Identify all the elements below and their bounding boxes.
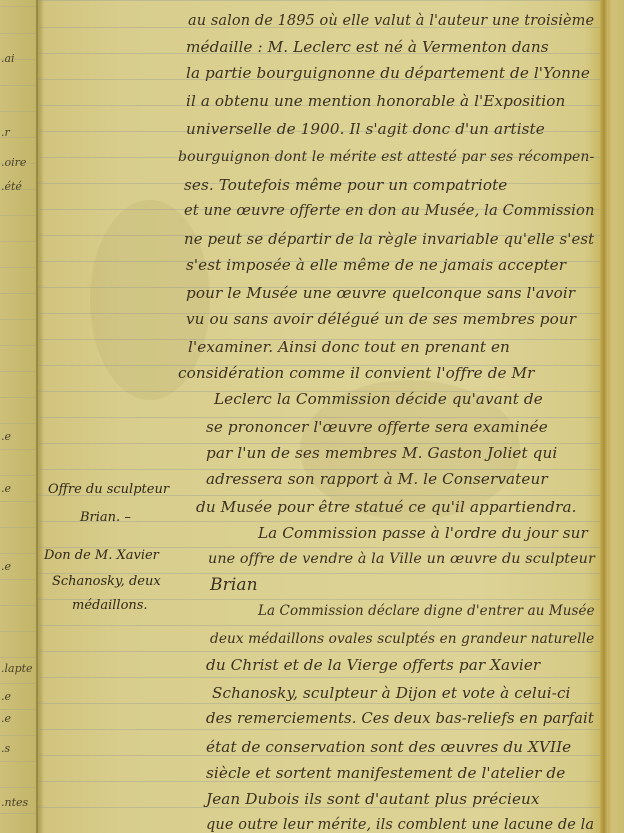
- body-line: ses. Toutefois même pour un compatriote: [184, 172, 507, 198]
- body-line: adressera son rapport à M. le Conservate…: [206, 466, 548, 492]
- body-line: ne peut se départir de la règle invariab…: [184, 226, 594, 252]
- body-line: et une œuvre offerte en don au Musée, la…: [184, 198, 595, 224]
- margin-note-line: Brian. –: [80, 508, 131, 528]
- left-fragment: ...lapte: [0, 662, 33, 675]
- body-line: des remerciements. Ces deux bas-reliefs …: [206, 706, 594, 732]
- body-line: La Commission déclare digne d'entrer au …: [258, 598, 595, 624]
- left-fragment: ...e: [0, 712, 11, 725]
- margin-note-line: Don de M. Xavier: [44, 546, 159, 566]
- body-line: médaille : M. Leclerc est né à Vermenton…: [186, 34, 549, 60]
- left-fragment: ...e: [0, 430, 11, 443]
- body-line: état de conservation sont des œuvres du …: [206, 734, 571, 760]
- body-line: du Christ et de la Vierge offerts par Xa…: [206, 652, 540, 678]
- body-line: une offre de vendre à la Ville un œuvre …: [208, 546, 595, 572]
- body-line: s'est imposée à elle même de ne jamais a…: [186, 252, 566, 278]
- body-line: bourguignon dont le mérite est attesté p…: [178, 144, 594, 170]
- body-line: Brian: [210, 572, 258, 598]
- margin-note-line: Offre du sculpteur: [48, 480, 169, 500]
- body-line: Schanosky, sculpteur à Dijon et vote à c…: [212, 680, 571, 706]
- body-line: Leclerc la Commission décide qu'avant de: [214, 386, 543, 412]
- margin-note-line: médaillons.: [72, 596, 148, 616]
- body-line: la partie bourguignonne du département d…: [186, 60, 590, 86]
- left-facing-page: ...ai ...r ...oire ...été ...e ...e ...e…: [0, 0, 36, 833]
- body-line: considération comme il convient l'offre …: [178, 360, 535, 386]
- body-line: deux médaillons ovales sculptés en grand…: [210, 626, 594, 652]
- left-fragment: ...s: [0, 742, 10, 755]
- body-line: au salon de 1895 où elle valut à l'auteu…: [188, 8, 594, 34]
- left-page-rules: [0, 0, 36, 833]
- ledger-page: ...ai ...r ...oire ...été ...e ...e ...e…: [0, 0, 624, 833]
- left-fragment: ...e: [0, 560, 11, 573]
- body-line: La Commission passe à l'ordre du jour su…: [258, 520, 588, 546]
- left-fragment: ...été: [0, 180, 22, 193]
- body-line: se prononcer l'œuvre offerte sera examin…: [206, 414, 548, 440]
- left-fragment: ...r: [0, 126, 10, 139]
- body-line: siècle et sortent manifestement de l'ate…: [206, 760, 565, 786]
- left-fragment: ...ntes: [0, 796, 28, 809]
- left-fragment: ...oire: [0, 156, 26, 169]
- body-line: que outre leur mérite, ils comblent une …: [206, 812, 594, 833]
- left-fragment: ...e: [0, 690, 11, 703]
- body-line: il a obtenu une mention honorable à l'Ex…: [186, 88, 565, 114]
- body-line: par l'un de ses membres M. Gaston Joliet…: [206, 440, 557, 466]
- body-line: pour le Musée une œuvre quelconque sans …: [186, 280, 575, 306]
- body-line: l'examiner. Ainsi donc tout en prenant e…: [188, 334, 510, 360]
- left-fragment: ...ai: [0, 52, 15, 65]
- body-line: Jean Dubois ils sont d'autant plus préci…: [206, 786, 540, 812]
- page-right-edge: [600, 0, 608, 833]
- left-fragment: ...e: [0, 482, 11, 495]
- margin-note-line: Schanosky, deux: [52, 572, 161, 592]
- body-line: vu ou sans avoir délégué un de ses membr…: [186, 306, 576, 332]
- body-line: universelle de 1900. Il s'agit donc d'un…: [186, 116, 545, 142]
- body-line: du Musée pour être statué ce qu'il appar…: [196, 494, 577, 520]
